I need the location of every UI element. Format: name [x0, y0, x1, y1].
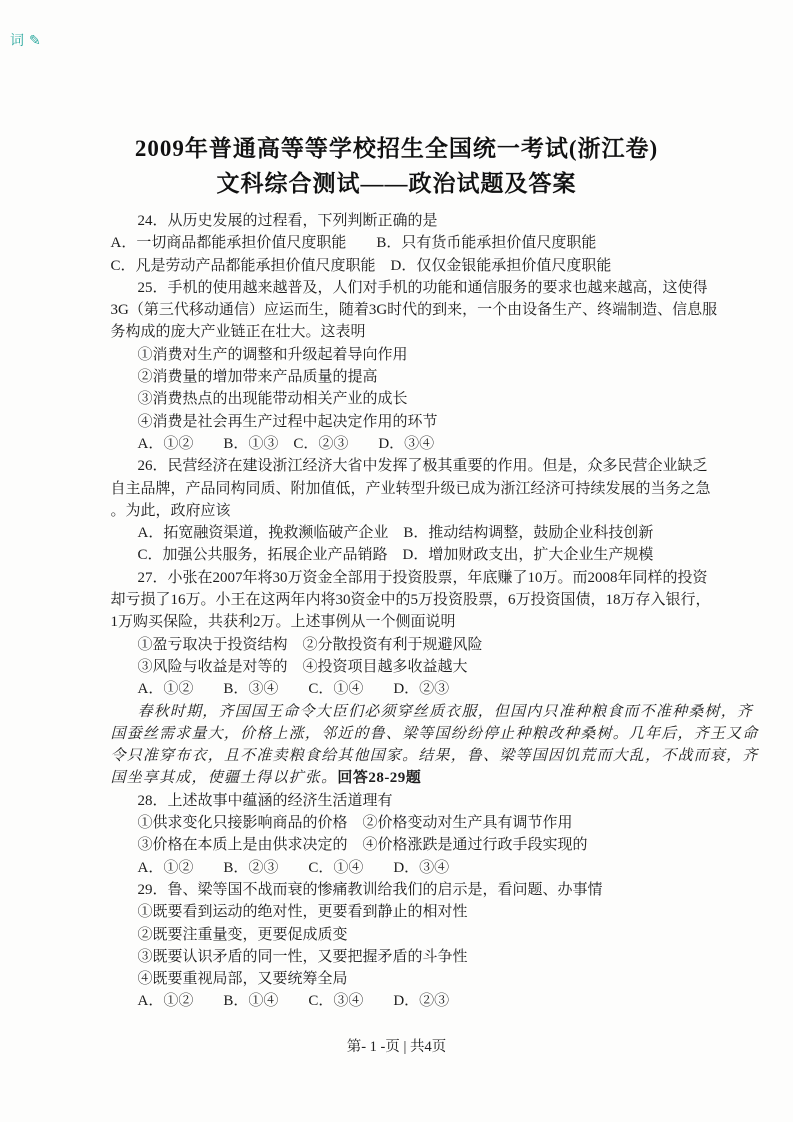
- exam-body: 24．从历史发展的过程看，下列判断正确的是 A．一切商品都能承担价值尺度职能 B…: [111, 210, 683, 1013]
- q27-stem-line1: 27．小张在2007年将30万资金全部用于投资股票，年底赚了10万。而2008年…: [111, 567, 683, 589]
- pencil-icon[interactable]: ✎: [29, 32, 41, 48]
- passage-line4: 国坐享其成，使疆土得以扩张。回答28-29题: [111, 767, 683, 789]
- q28-items-34: ③价格在本质上是由供求决定的 ④价格涨跌是通过行政手段实现的: [111, 834, 683, 856]
- passage-line2: 国蚕丝需求量大，价格上涨，邻近的鲁、梁等国纷纷停止种粮改种桑树。几年后，齐王又命: [111, 723, 683, 745]
- q28-answers: A．①② B．②③ C．①④ D．③④: [111, 857, 683, 879]
- q25-item-3: ③消费热点的出现能带动相关产业的成长: [111, 388, 683, 410]
- q26-options-cd: C．加强公共服务，拓展企业产品销路 D．增加财政支出，扩大企业生产规模: [111, 544, 683, 566]
- q25-answers: A．①② B．①③ C．②③ D．③④: [111, 433, 683, 455]
- exam-document-page: 词 ✎ 2009年普通高等等学校招生全国统一考试(浙江卷) 文科综合测试——政治…: [0, 0, 793, 1122]
- q29-item-4: ④既要重视局部，又要统筹全局: [111, 968, 683, 990]
- q25-item-2: ②消费量的增加带来产品质量的提高: [111, 366, 683, 388]
- q25-item-4: ④消费是社会再生产过程中起决定作用的环节: [111, 411, 683, 433]
- page-subtitle: 文科综合测试——政治试题及答案: [0, 166, 793, 201]
- q27-stem-line3: 1万购买保险，共获利2万。上述事例从一个侧面说明: [111, 611, 683, 633]
- q29-item-1: ①既要看到运动的绝对性，更要看到静止的相对性: [111, 901, 683, 923]
- q26-stem-line3: 。为此，政府应该: [111, 500, 683, 522]
- q24-options-ab: A．一切商品都能承担价值尺度职能 B．只有货币能承担价值尺度职能: [111, 232, 683, 254]
- dict-stamp-icon[interactable]: 词: [10, 32, 24, 48]
- q27-items-34: ③风险与收益是对等的 ④投资项目越多收益越大: [111, 656, 683, 678]
- q27-items-12: ①盈亏取决于投资结构 ②分散投资有利于规避风险: [111, 634, 683, 656]
- q28-items-12: ①供求变化只接影响商品的价格 ②价格变动对生产具有调节作用: [111, 812, 683, 834]
- passage-answer-range: 回答28-29题: [337, 770, 421, 786]
- passage-line3: 令只准穿布衣，且不准卖粮食给其他国家。结果，鲁、梁等国因饥荒而大乱，不战而衰，齐: [111, 745, 683, 767]
- q29-answers: A．①② B．①④ C．③④ D．②③: [111, 990, 683, 1012]
- q26-options-ab: A．拓宽融资渠道，挽救濒临破产企业 B．推动结构调整，鼓励企业科技创新: [111, 522, 683, 544]
- q29-item-2: ②既要注重量变，更要促成质变: [111, 924, 683, 946]
- q27-stem-line2: 却亏损了16万。小王在这两年内将30资金中的5万投资股票，6万投资国债，18万存…: [111, 589, 683, 611]
- q26-stem-line2: 自主品牌，产品同构同质、附加值低，产业转型升级已成为浙江经济可持续发展的当务之急: [111, 478, 683, 500]
- q25-stem-line3: 务构成的庞大产业链正在壮大。这表明: [111, 321, 683, 343]
- passage-line1: 春秋时期，齐国国王命令大臣们必须穿丝质衣服，但国内只准种粮食而不准种桑树，齐: [111, 701, 683, 723]
- q25-item-1: ①消费对生产的调整和升级起着导向作用: [111, 344, 683, 366]
- q29-stem: 29．鲁、梁等国不战而衰的惨痛教训给我们的启示是，看问题、办事情: [111, 879, 683, 901]
- q25-stem-line2: 3G（第三代移动通信）应运而生，随着3G时代的到来，一个由设备生产、终端制造、信…: [111, 299, 683, 321]
- q26-stem-line1: 26．民营经济在建设浙江经济大省中发挥了极其重要的作用。但是，众多民营企业缺乏: [111, 455, 683, 477]
- q24-options-cd: C．凡是劳动产品都能承担价值尺度职能 D．仅仅金银能承担价值尺度职能: [111, 255, 683, 277]
- q29-item-3: ③既要认识矛盾的同一性，又要把握矛盾的斗争性: [111, 946, 683, 968]
- page-number-footer: 第- 1 -页 | 共4页: [0, 1035, 793, 1056]
- q25-stem-line1: 25．手机的使用越来越普及，人们对手机的功能和通信服务的要求也越来越高，这使得: [111, 277, 683, 299]
- q24-stem: 24．从历史发展的过程看，下列判断正确的是: [111, 210, 683, 232]
- q27-answers: A．①② B．③④ C．①④ D．②③: [111, 678, 683, 700]
- passage-line4-text: 国坐享其成，使疆土得以扩张。: [111, 770, 338, 786]
- title-block: 2009年普通高等等学校招生全国统一考试(浙江卷) 文科综合测试——政治试题及答…: [0, 0, 793, 201]
- q28-stem: 28．上述故事中蕴涵的经济生活道理有: [111, 790, 683, 812]
- watermark-overlay: 词 ✎: [10, 32, 41, 48]
- page-title: 2009年普通高等等学校招生全国统一考试(浙江卷): [0, 131, 793, 166]
